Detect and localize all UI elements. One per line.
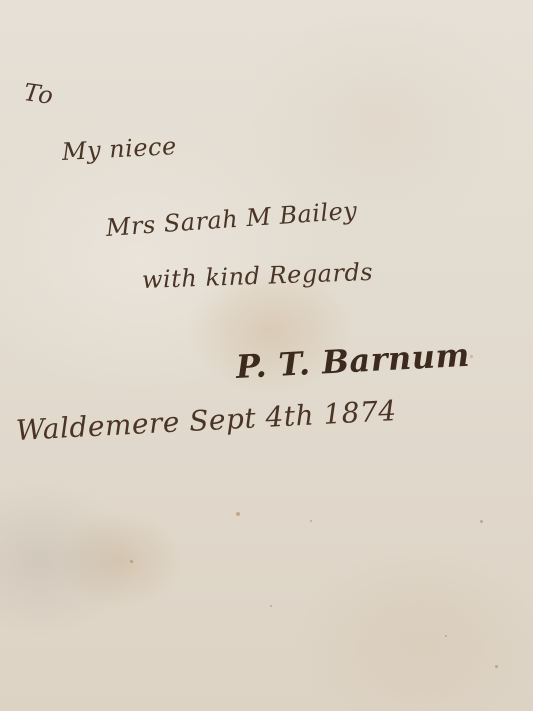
recipient-name: Mrs Sarah M Bailey	[105, 196, 358, 242]
place-and-date: Waldemere Sept 4th 1874	[15, 394, 397, 447]
paper-stain	[130, 560, 133, 563]
aged-paper-page: To My niece Mrs Sarah M Bailey with kind…	[0, 0, 533, 711]
paper-stain	[310, 520, 312, 522]
salutation: To	[22, 78, 55, 110]
paper-stain	[470, 355, 473, 358]
paper-stain	[236, 512, 240, 516]
paper-stain	[270, 605, 272, 607]
paper-stain	[445, 635, 447, 637]
paper-stain	[495, 665, 498, 668]
closing-line: with kind Regards	[142, 258, 374, 294]
paper-stain	[480, 520, 483, 523]
recipient-relation: My niece	[61, 132, 177, 166]
signature: P. T. Barnum	[235, 336, 471, 386]
